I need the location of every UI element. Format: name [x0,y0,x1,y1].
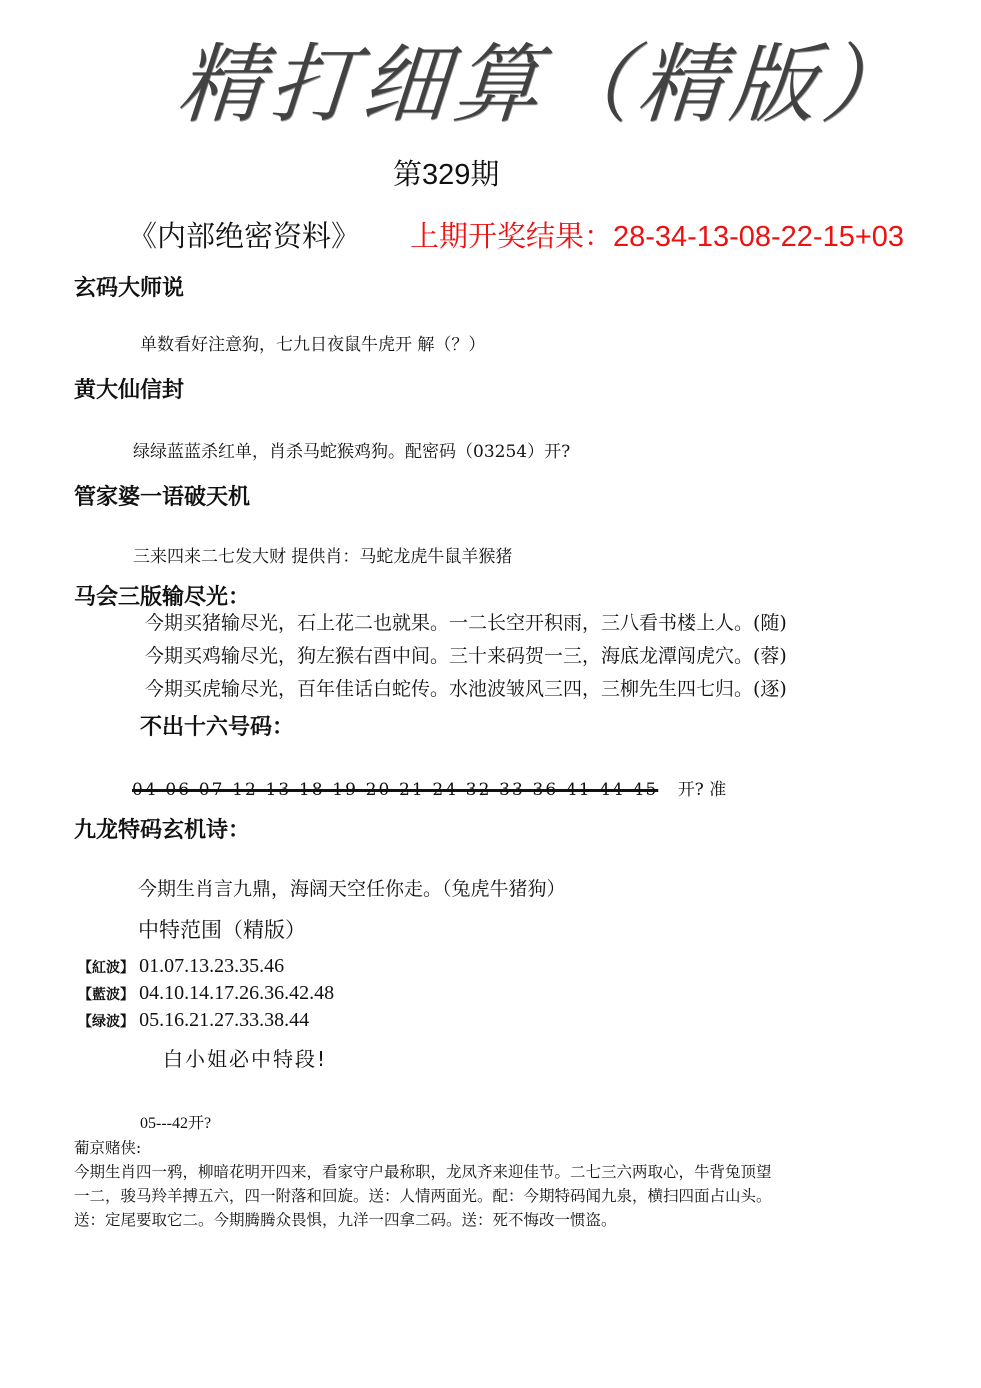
wave-numbers-green: 05.16.21.27.33.38.44 [139,1009,309,1031]
wave-numbers-blue: 04.10.14.17.26.36.42.48 [139,982,334,1004]
last-result: 上期开奖结果：28-34-13-08-22-15+03 [410,214,904,255]
section-title-pujing: 葡京赌侠: [74,1136,141,1160]
section-title-jiulong: 九龙特码玄机诗： [74,813,250,844]
wave-row-red: 【紅波】 01.07.13.23.35.46 [78,955,284,978]
excluded-numbers: 04-06-07-12-13-18-19-20-21-24-32-33-36-4… [132,780,658,800]
buchu-row: 04-06-07-12-13-18-19-20-21-24-32-33-36-4… [132,775,726,800]
wave-label-blue: 【藍波】 [78,987,134,1003]
buchu-suffix: 开? 准 [678,780,727,800]
mahui-line-3: 今期买虎输尽光，百年佳话白蛇传。水池波皱风三四，三柳先生四七归。(逐) [145,674,787,701]
wave-label-red: 【紅波】 [78,960,134,976]
wave-numbers-red: 01.07.13.23.35.46 [139,955,284,977]
section-title-huangdaxian: 黄大仙信封 [74,373,184,404]
section-title-zhongte: 中特范围（精版） [138,914,306,944]
section-title-xuanma: 玄码大师说 [74,271,184,302]
section-text-baixiaojie: 05---42开? [140,1110,211,1133]
last-result-numbers: 28-34-13-08-22-15+03 [613,221,904,253]
section-text-guanjiapo: 三来四来二七发大财 提供肖：马蛇龙虎牛鼠羊猴猪 [133,542,512,567]
secret-label: 《内部绝密资料》 [128,214,360,255]
section-text-xuanma: 单数看好注意狗，七九日夜鼠牛虎开 解（？） [140,330,485,355]
mahui-line-1: 今期买猪输尽光，石上花二也就果。一二长空开积雨，三八看书楼上人。(随) [145,608,787,635]
section-title-buchu: 不出十六号码： [140,710,294,741]
pujing-line-3: 送：定尾要取它二。今期腾腾众畏惧，九洋一四拿二码。送：死不悔改一惯盗。 [74,1208,617,1232]
pujing-line-2: 一二，骏马羚羊搏五六，四一附落和回旋。送：人情两面光。配：今期特码闻九泉，横扫四… [74,1184,772,1208]
section-text-huangdaxian: 绿绿蓝蓝杀红单，肖杀马蛇猴鸡狗。配密码（03254）开? [133,437,570,462]
section-title-baixiaojie: 白小姐必中特段! [163,1043,327,1072]
section-text-jiulong: 今期生肖言九鼎，海阔天空任你走。（兔虎牛猪狗） [138,874,566,901]
last-result-label: 上期开奖结果： [410,221,613,253]
mahui-line-2: 今期买鸡输尽光，狗左猴右酉中间。三十来码贺一三，海底龙潭闯虎穴。(蓉) [145,641,787,668]
section-title-mahui: 马会三版输尽光： [74,580,250,611]
wave-label-green: 【绿波】 [78,1014,134,1030]
issue-number: 第329期 [393,152,499,193]
banner-title: 精打细算（精版） [166,25,805,145]
wave-row-blue: 【藍波】 04.10.14.17.26.36.42.48 [78,982,334,1005]
wave-row-green: 【绿波】 05.16.21.27.33.38.44 [78,1009,309,1032]
pujing-line-1: 今期生肖四一鸦，柳暗花明开四来，看家守户最称职，龙凤齐来迎佳节。二七三六两取心，… [74,1160,772,1184]
section-title-guanjiapo: 管家婆一语破天机 [74,480,250,511]
